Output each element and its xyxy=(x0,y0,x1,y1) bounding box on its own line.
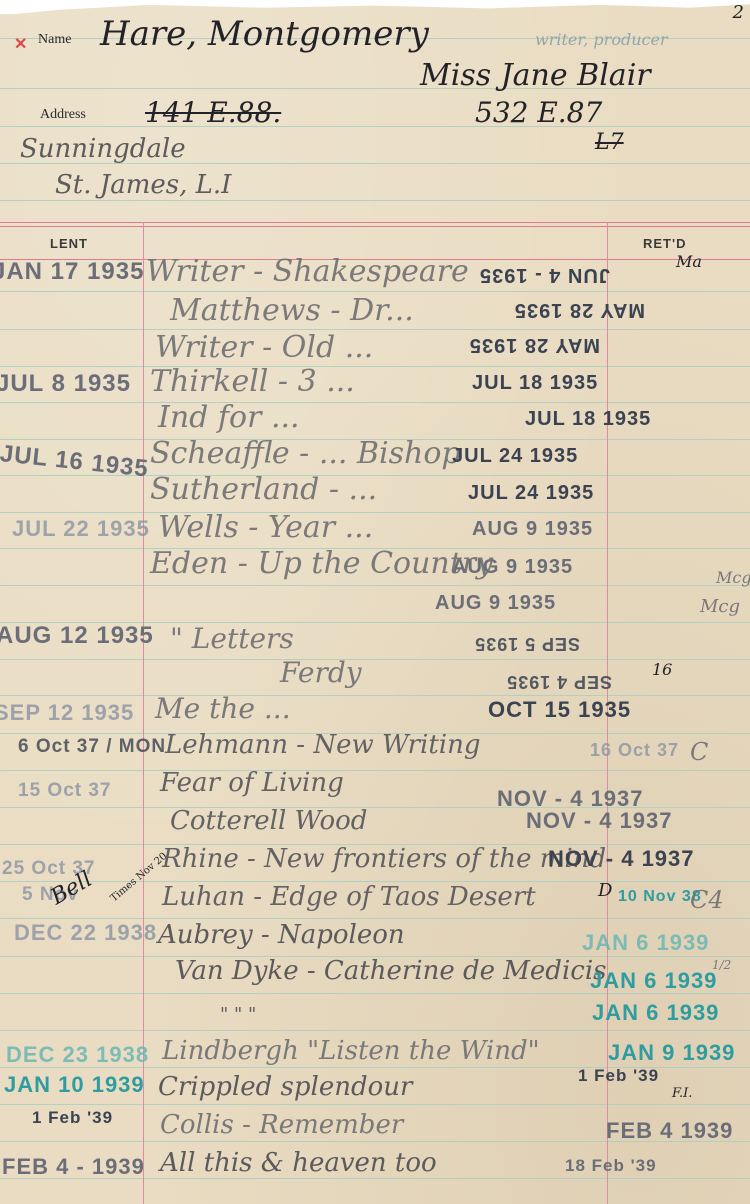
returned-date-stamp: JUL 24 1935 xyxy=(468,482,594,505)
lent-column-header: LENT xyxy=(50,236,88,251)
lent-date-stamp: JAN 17 1935 xyxy=(0,258,144,286)
book-title: Crippled splendour xyxy=(158,1072,412,1102)
lent-date-stamp: SEP 12 1935 xyxy=(0,700,134,726)
book-title: All this & heaven too xyxy=(160,1148,437,1178)
returned-date-stamp: AUG 9 1935 xyxy=(435,592,556,615)
book-title: Fear of Living xyxy=(160,768,344,798)
lent-date-stamp: JUL 16 1935 xyxy=(0,440,150,483)
book-title: Collis - Remember xyxy=(160,1110,403,1140)
ruled-line xyxy=(0,918,750,919)
book-title: Cotterell Wood xyxy=(170,806,367,836)
book-title: Sutherland - ... xyxy=(150,472,377,507)
margin-note: Ma xyxy=(676,252,702,271)
returned-date-stamp: AUG 9 1935 xyxy=(452,556,573,579)
book-title: Writer - Shakespeare xyxy=(146,254,469,289)
returned-date-stamp: FEB 4 1939 xyxy=(606,1118,733,1144)
ruled-line xyxy=(0,1030,750,1031)
returned-date-stamp: NOV - 4 1937 xyxy=(526,808,673,834)
book-title: Matthews - Dr... xyxy=(170,293,414,328)
returned-date-stamp: 16 Oct 37 xyxy=(590,740,679,761)
book-title: Ind for ... xyxy=(158,400,300,435)
margin-note: C4 xyxy=(690,886,724,914)
book-title: Van Dyke - Catherine de Medicis xyxy=(175,956,607,986)
ruled-line xyxy=(0,366,750,367)
margin-note: C xyxy=(690,738,708,766)
returned-date-stamp: SEP 4 1935 xyxy=(506,671,612,692)
returned-date-stamp: SEP 5 1935 xyxy=(474,633,580,654)
returned-date-stamp: JUL 24 1935 xyxy=(452,445,578,468)
returned-date-stamp: JUL 18 1935 xyxy=(472,372,598,395)
book-title: Scheaffle - ... Bishop xyxy=(150,436,461,471)
margin-note: 1/2 xyxy=(712,958,731,972)
address-current: 532 E.87 xyxy=(475,96,602,129)
address-label: Address xyxy=(40,107,86,123)
returned-date-stamp: 1 Feb '39 xyxy=(578,1066,659,1086)
ditto-marks: " " " xyxy=(220,1004,256,1025)
ruled-line xyxy=(0,200,750,201)
book-title: Thirkell - 3 ... xyxy=(150,364,355,399)
returned-date-stamp: OCT 15 1935 xyxy=(488,697,631,723)
returned-date-stamp: 18 Feb '39 xyxy=(565,1156,657,1176)
lent-date-stamp: FEB 4 - 1939 xyxy=(2,1154,145,1180)
returned-date-stamp: JUN 4 - 1935 xyxy=(479,263,610,286)
returned-date-stamp: JAN 9 1939 xyxy=(608,1040,735,1066)
book-title: Aubrey - Napoleon xyxy=(158,920,405,950)
margin-note: F.I. xyxy=(672,1086,692,1101)
returned-date-stamp: JAN 6 1939 xyxy=(582,930,709,956)
book-title: Writer - Old ... xyxy=(155,330,373,365)
name-label: Name xyxy=(38,32,71,48)
occupation-note: writer, producer xyxy=(535,30,668,49)
book-title: Lehmann - New Writing xyxy=(165,730,480,760)
address-line: St. James, L.I xyxy=(55,170,231,200)
margin-note: Mcg xyxy=(700,596,740,617)
returned-date-stamp: JUL 18 1935 xyxy=(525,408,651,431)
book-title: Eden - Up the Country xyxy=(150,546,493,581)
lent-date-stamp: DEC 22 1938 xyxy=(14,920,157,946)
alternate-name: Miss Jane Blair xyxy=(420,58,651,93)
ruled-line xyxy=(0,585,750,586)
ruled-line xyxy=(0,329,750,330)
returned-date-stamp: JAN 6 1939 xyxy=(590,968,717,994)
lent-date-stamp: 15 Oct 37 xyxy=(18,780,112,802)
ruled-line xyxy=(0,126,750,127)
book-title: Luhan - Edge of Taos Desert xyxy=(162,882,536,912)
book-title: " Letters xyxy=(170,622,294,655)
margin-note: 16 xyxy=(652,660,672,679)
returned-date-stamp: NOV - 4 1937 xyxy=(548,846,695,872)
ruled-line xyxy=(0,1104,750,1105)
margin-note: Mcg xyxy=(716,568,750,587)
returned-date-stamp: MAY 28 1935 xyxy=(514,298,645,321)
book-title: Wells - Year ... xyxy=(158,510,373,545)
card-number: 2 xyxy=(733,2,744,23)
ruled-line xyxy=(0,402,750,403)
book-title: Lindbergh "Listen the Wind" xyxy=(162,1036,540,1066)
ruled-line xyxy=(0,770,750,771)
lent-date-stamp: 6 Oct 37 / MON xyxy=(18,736,166,758)
lent-date-stamp: JAN 10 1939 xyxy=(4,1072,145,1098)
address-struck-mark: L7 xyxy=(595,130,624,155)
address-line: Sunningdale xyxy=(20,134,186,164)
red-header-rule xyxy=(0,222,750,223)
torn-edge xyxy=(0,0,750,14)
red-header-rule xyxy=(0,226,750,227)
address-struck: 141 E.88. xyxy=(145,96,281,129)
red-check-mark: ✕ xyxy=(14,34,27,54)
ruled-line xyxy=(0,659,750,660)
ruled-line xyxy=(0,291,750,292)
borrower-name: Hare, Montgomery xyxy=(100,14,429,54)
margin-note: D xyxy=(598,880,612,901)
library-loan-card: ✕ 2 Name Hare, Montgomery writer, produc… xyxy=(0,0,750,1204)
ruled-line xyxy=(0,695,750,696)
lent-date-stamp: AUG 12 1935 xyxy=(0,622,154,650)
lent-date-stamp: JUL 8 1935 xyxy=(0,370,131,398)
book-title: Ferdy xyxy=(280,656,362,689)
returned-date-stamp: MAY 28 1935 xyxy=(469,333,600,356)
ruled-line xyxy=(0,512,750,513)
margin-note: Times Nov 20 xyxy=(109,851,170,904)
lent-date-stamp: DEC 23 1938 xyxy=(6,1042,149,1068)
returned-date-stamp: AUG 9 1935 xyxy=(472,518,593,541)
returned-date-stamp: JAN 6 1939 xyxy=(592,1000,719,1026)
lent-date-stamp: 1 Feb '39 xyxy=(32,1108,113,1128)
returned-column-header: RET'D xyxy=(643,236,686,251)
book-title: Rhine - New frontiers of the mind xyxy=(162,844,606,874)
lent-date-stamp: JUL 22 1935 xyxy=(12,516,150,542)
book-title: Me the ... xyxy=(155,692,291,725)
